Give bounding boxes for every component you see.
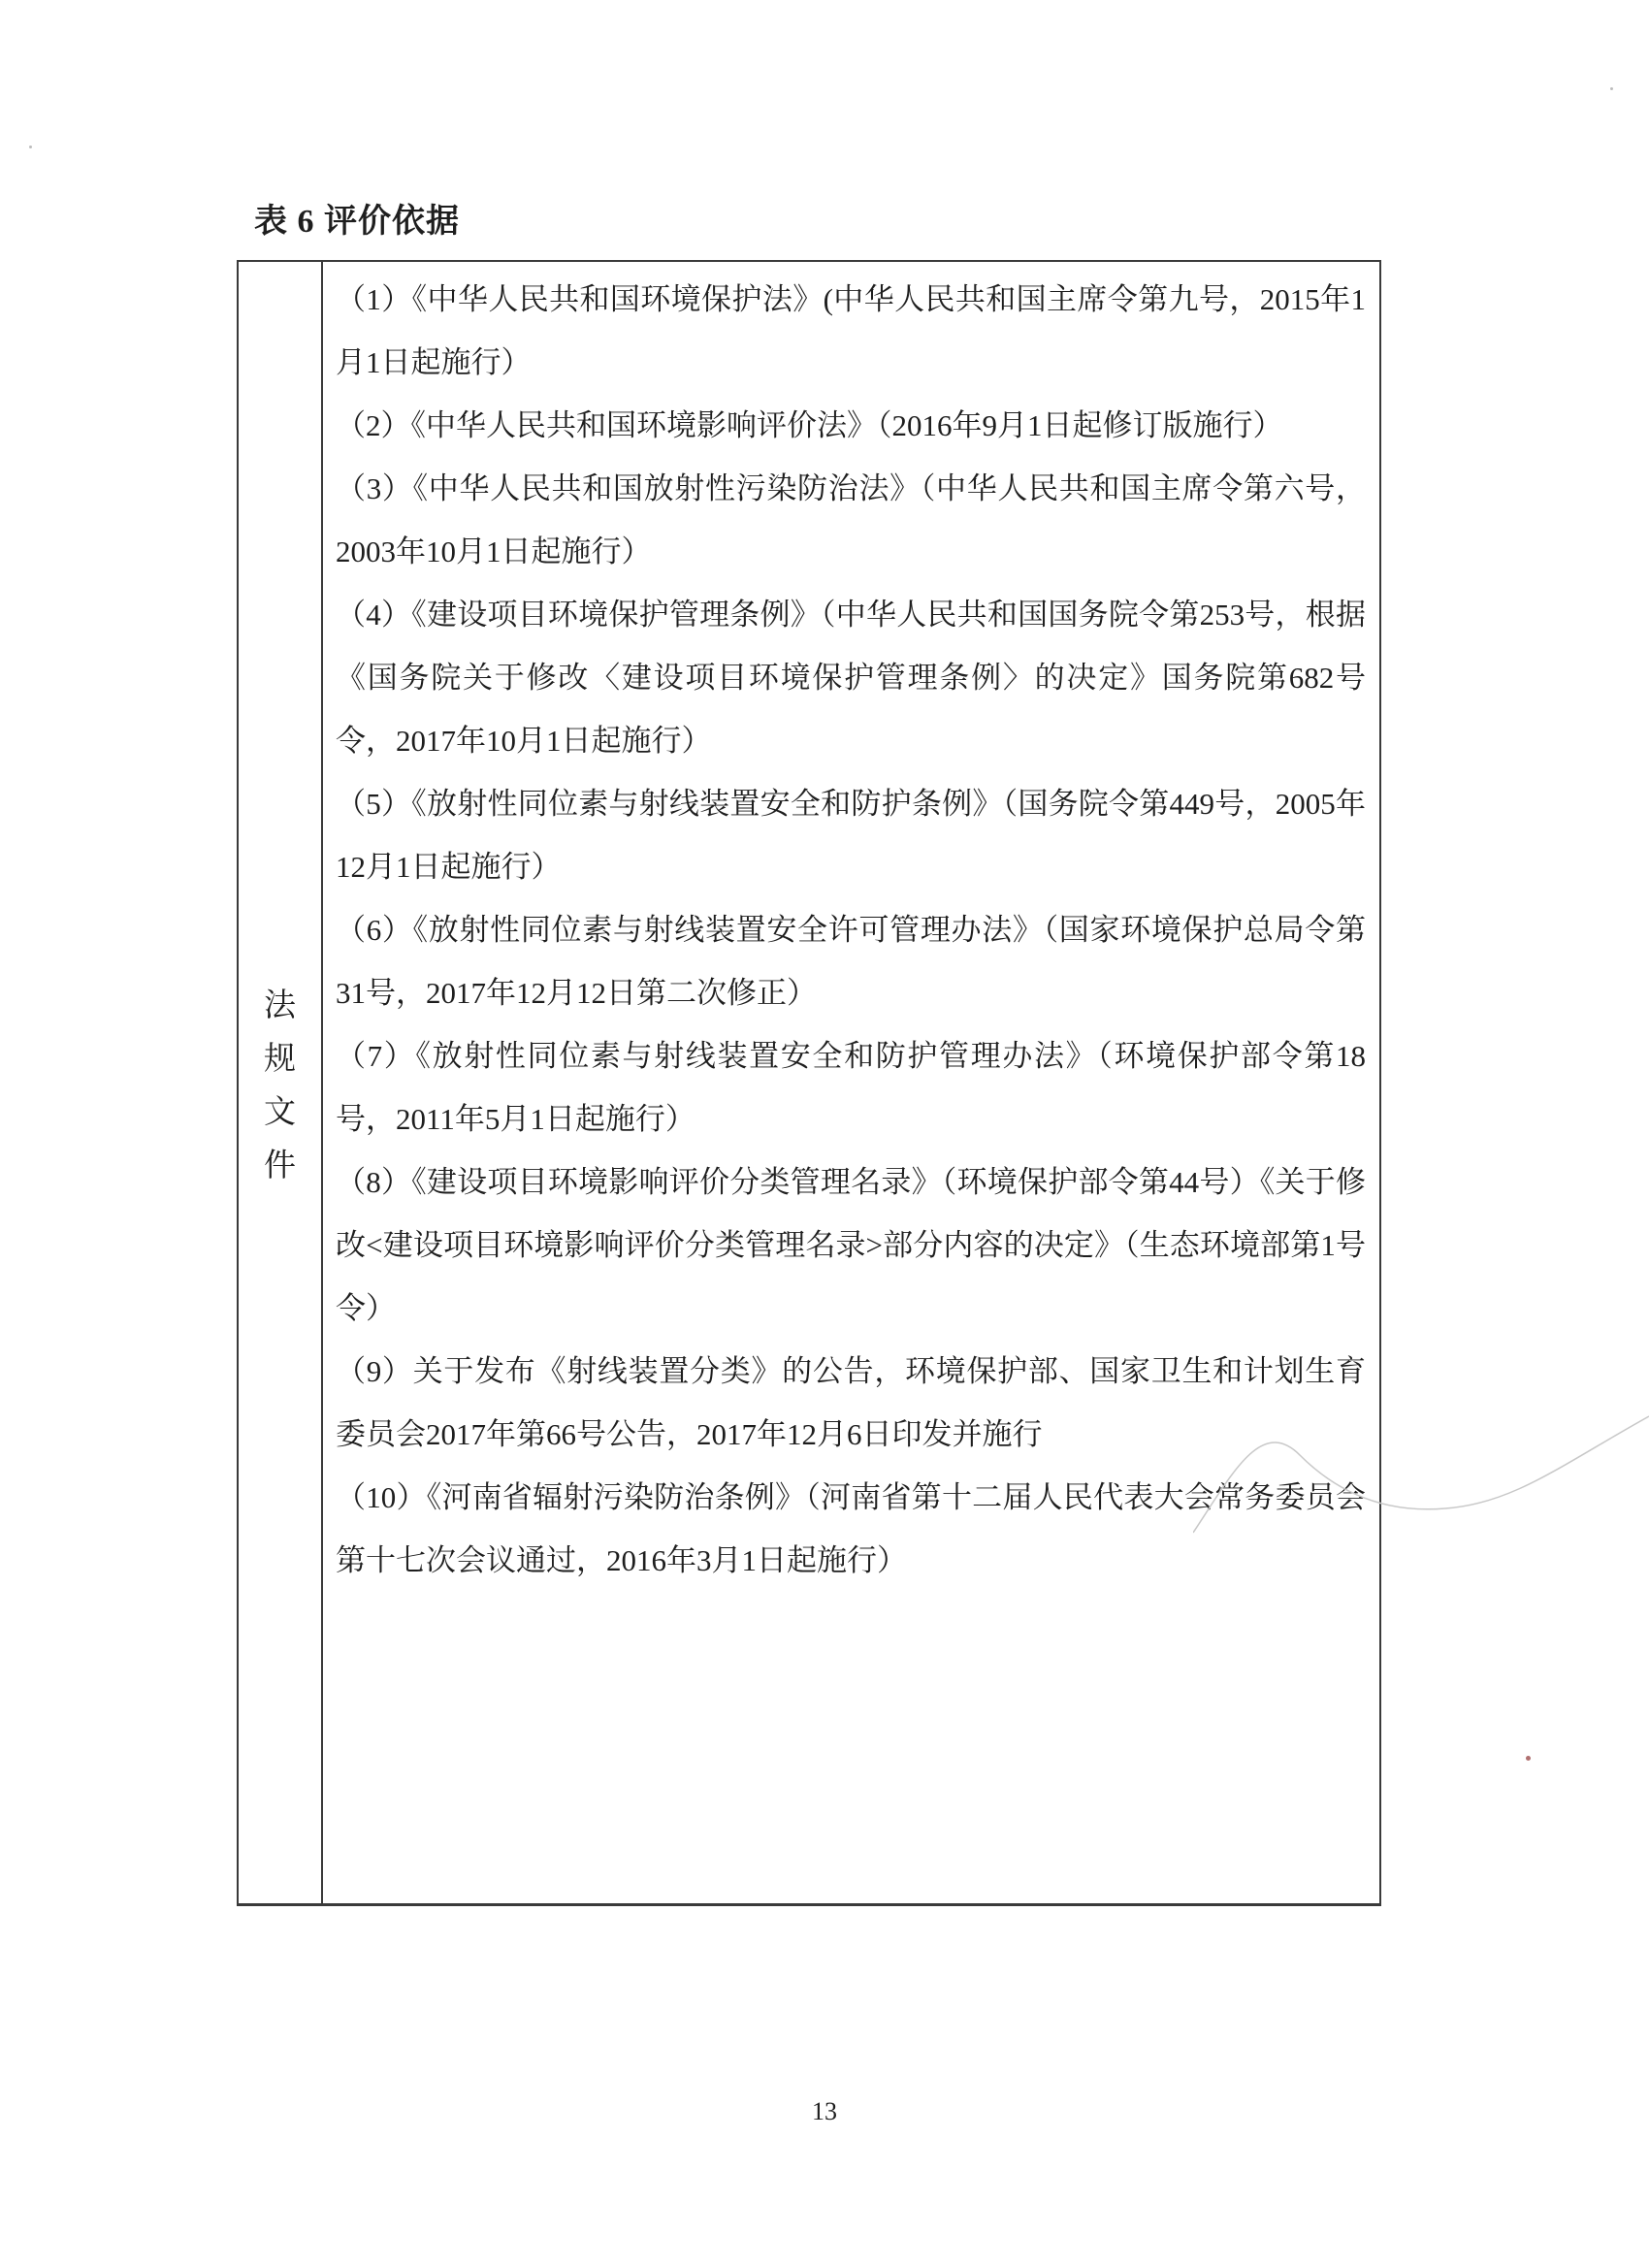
item-text: 《中华人民共和国放射性污染防治法》（中华人民共和国主席令第六号，2003年10月… xyxy=(336,471,1366,568)
scan-speck xyxy=(1526,1756,1531,1761)
regulation-item: （10）《河南省辐射污染防治条例》（河南省第十二届人民代表大会常务委员会第十七次… xyxy=(336,1466,1366,1592)
item-text: 《放射性同位素与射线装置安全和防护条例》（国务院令第449号，2005年12月1… xyxy=(336,787,1366,884)
row-label-char: 件 xyxy=(264,1140,296,1193)
item-number: （3） xyxy=(336,471,413,505)
row-label-char: 法 xyxy=(264,980,296,1033)
row-label-char: 文 xyxy=(264,1086,296,1140)
item-number: （5） xyxy=(336,787,411,821)
item-text: 关于发布《射线装置分类》的公告，环境保护部、国家卫生和计划生育委员会2017年第… xyxy=(336,1354,1366,1451)
column-divider xyxy=(321,262,323,1903)
item-text: 《中华人民共和国环境保护法》(中华人民共和国主席令第九号，2015年1月1日起施… xyxy=(336,282,1366,379)
regulation-item: （6）《放射性同位素与射线装置安全许可管理办法》（国家环境保护总局令第31号，2… xyxy=(336,898,1366,1024)
regulation-item: （7）《放射性同位素与射线装置安全和防护管理办法》（环境保护部令第18号，201… xyxy=(336,1024,1366,1150)
item-number: （7） xyxy=(336,1039,415,1073)
regulation-item: （8）《建设项目环境影响评价分类管理名录》（环境保护部令第44号）《关于修改<建… xyxy=(336,1150,1366,1340)
row-label-regulations: 法 规 文 件 xyxy=(239,980,321,1193)
item-text: 《建设项目环境影响评价分类管理名录》（环境保护部令第44号）《关于修改<建设项目… xyxy=(336,1165,1366,1325)
item-number: （8） xyxy=(336,1165,411,1199)
regulation-item: （5）《放射性同位素与射线装置安全和防护条例》（国务院令第449号，2005年1… xyxy=(336,772,1366,898)
item-number: （9） xyxy=(336,1354,413,1388)
item-number: （6） xyxy=(336,913,413,947)
row-label-char: 规 xyxy=(264,1033,296,1086)
scan-speck xyxy=(1610,87,1613,90)
regulation-item: （4）《建设项目环境保护管理条例》（中华人民共和国国务院令第253号，根据《国务… xyxy=(336,583,1366,772)
item-text: 《河南省辐射污染防治条例》（河南省第十二届人民代表大会常务委员会第十七次会议通过… xyxy=(336,1480,1366,1577)
item-text: 《放射性同位素与射线装置安全许可管理办法》（国家环境保护总局令第31号，2017… xyxy=(336,913,1366,1010)
item-number: （1） xyxy=(336,282,412,316)
regulations-list: （1）《中华人民共和国环境保护法》(中华人民共和国主席令第九号，2015年1月1… xyxy=(336,268,1366,1592)
item-text: 《建设项目环境保护管理条例》（中华人民共和国国务院令第253号，根据《国务院关于… xyxy=(336,598,1366,758)
table-caption: 表 6 评价依据 xyxy=(254,194,460,242)
regulation-item: （1）《中华人民共和国环境保护法》(中华人民共和国主席令第九号，2015年1月1… xyxy=(336,268,1366,394)
item-text: 《中华人民共和国环境影响评价法》（2016年9月1日起修订版施行） xyxy=(411,408,1283,442)
item-number: （2） xyxy=(336,408,411,442)
scan-speck xyxy=(29,146,32,148)
item-number: （10） xyxy=(336,1480,427,1514)
page-number: 13 xyxy=(0,2097,1649,2126)
regulation-item: （9）关于发布《射线装置分类》的公告，环境保护部、国家卫生和计划生育委员会201… xyxy=(336,1340,1366,1466)
regulation-item: （2）《中华人民共和国环境影响评价法》（2016年9月1日起修订版施行） xyxy=(336,394,1366,457)
item-text: 《放射性同位素与射线装置安全和防护管理办法》（环境保护部令第18号，2011年5… xyxy=(336,1039,1366,1136)
item-number: （4） xyxy=(336,598,411,632)
evaluation-basis-table: 法 规 文 件 （1）《中华人民共和国环境保护法》(中华人民共和国主席令第九号，… xyxy=(237,260,1381,1906)
regulation-item: （3）《中华人民共和国放射性污染防治法》（中华人民共和国主席令第六号，2003年… xyxy=(336,457,1366,583)
